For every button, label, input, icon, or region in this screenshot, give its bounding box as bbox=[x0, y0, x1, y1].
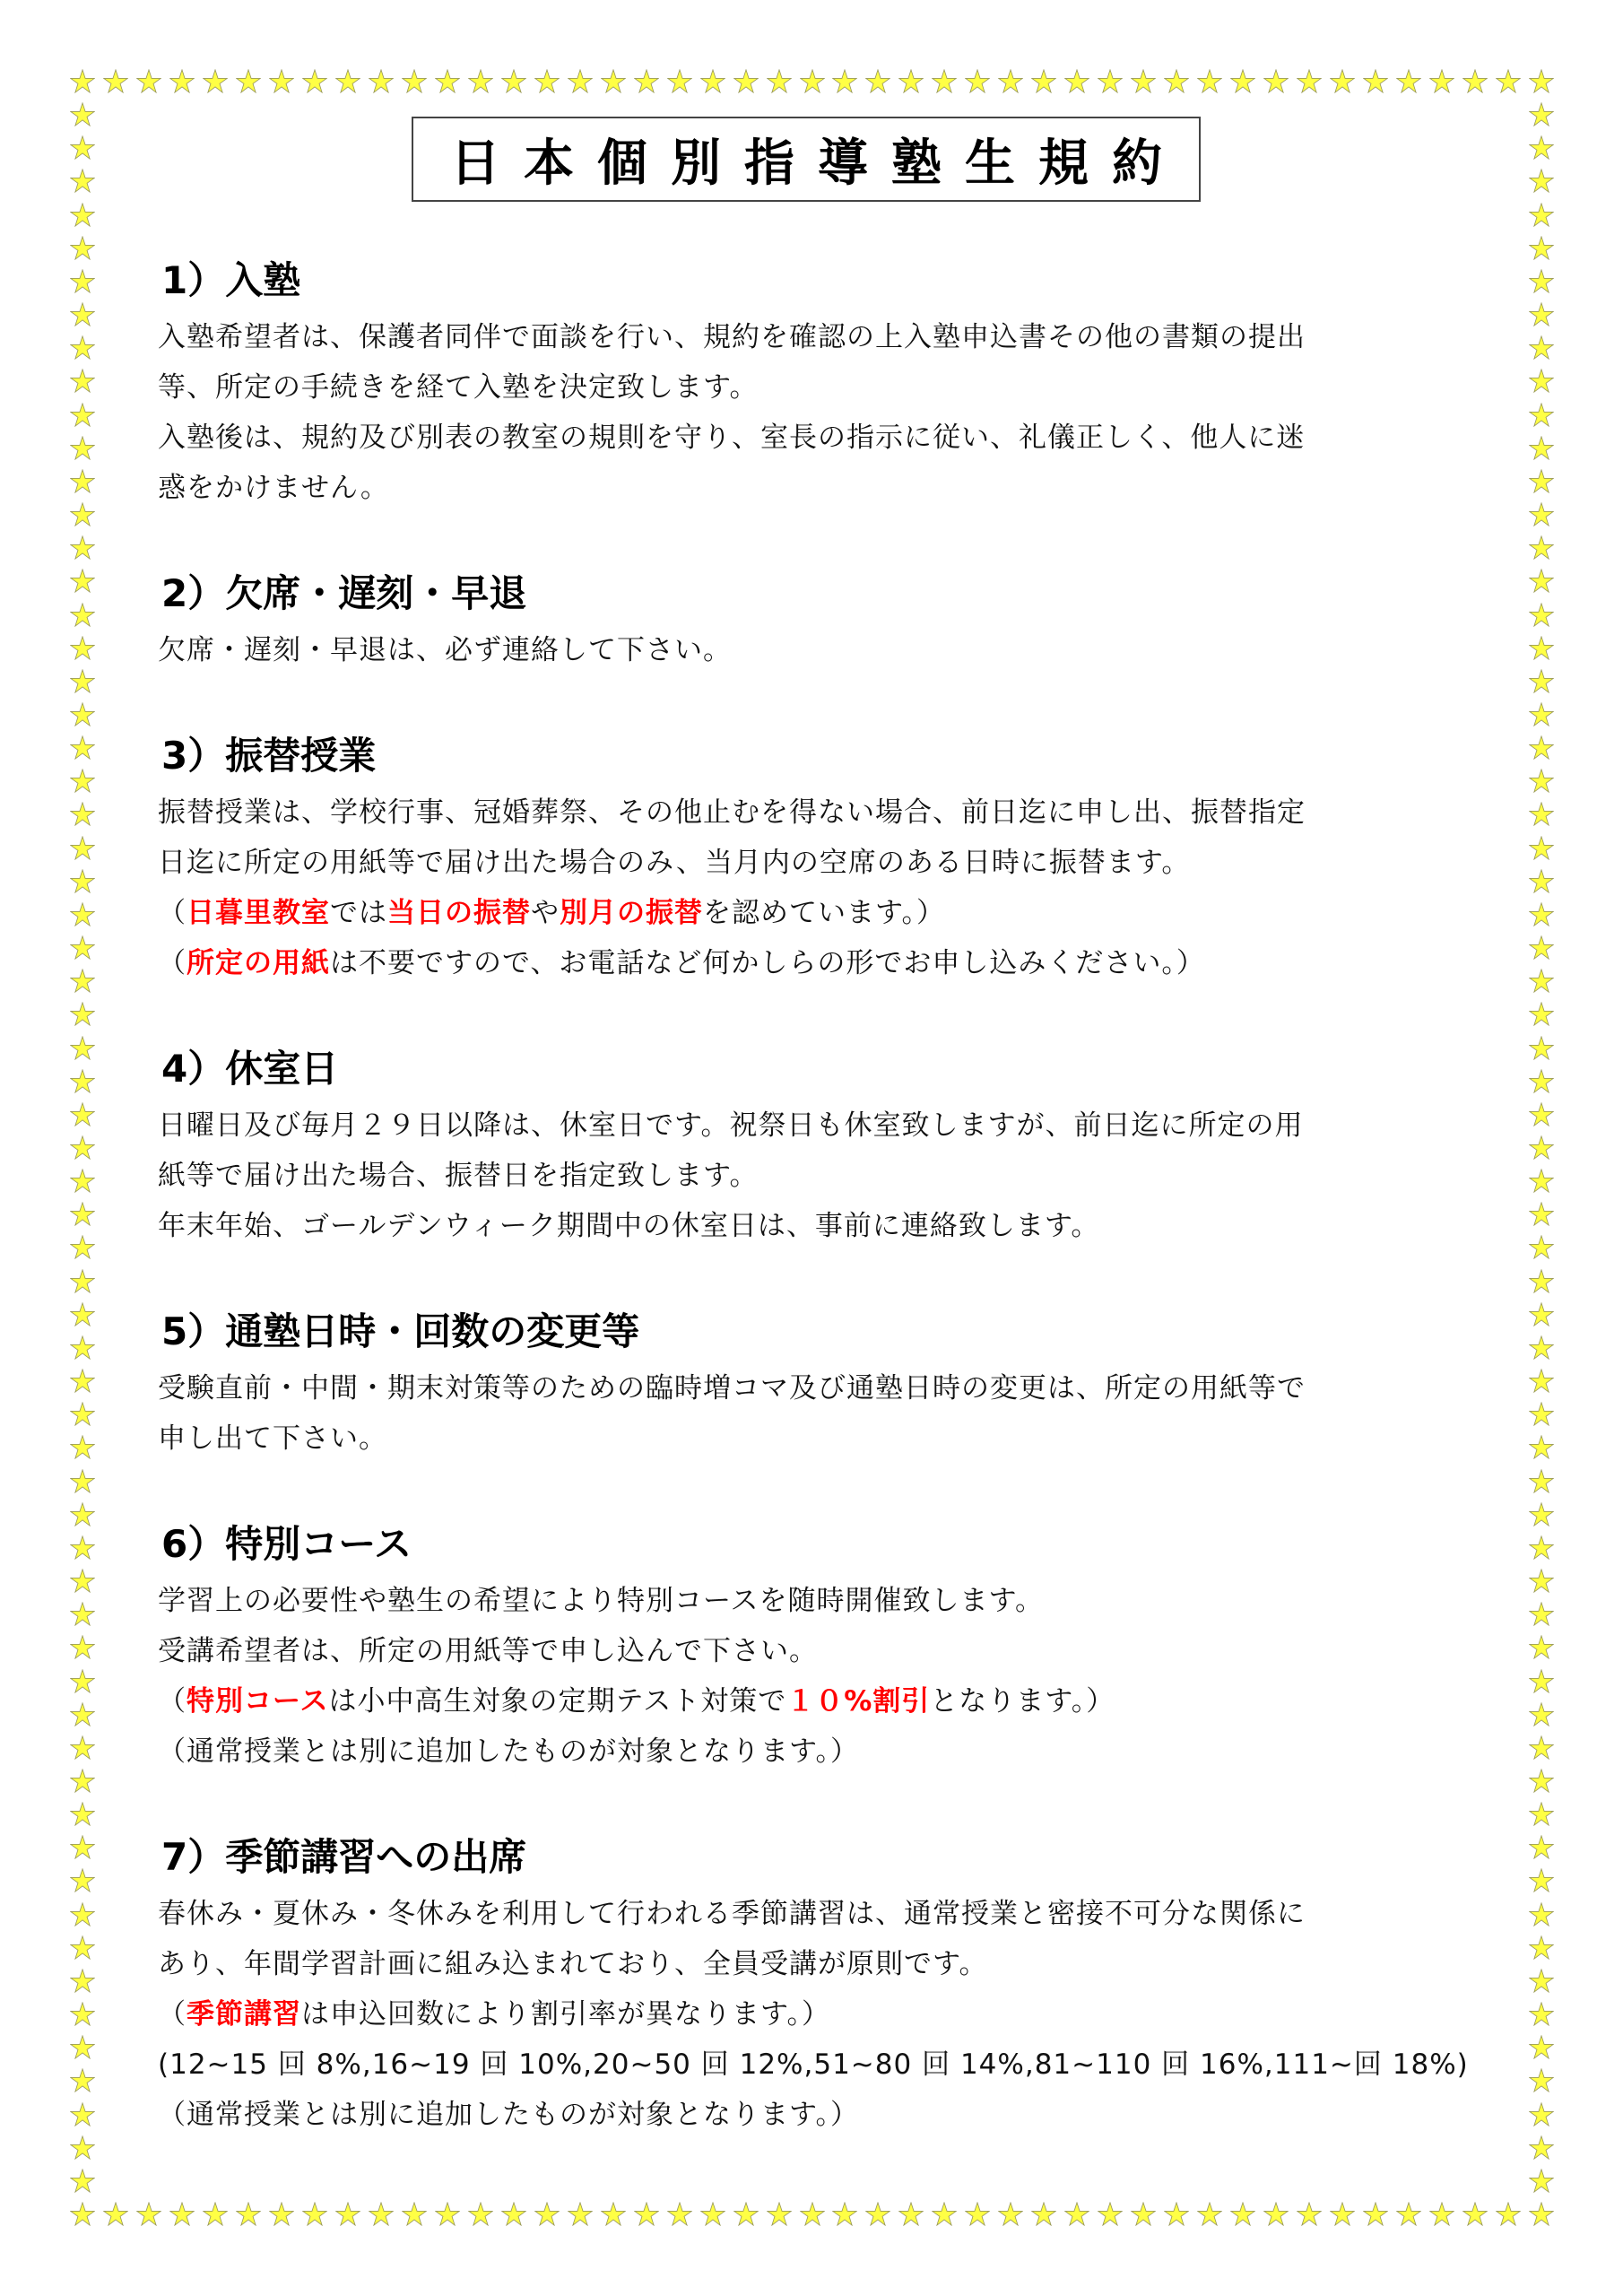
body-text: 申し出て下さい。 bbox=[158, 1422, 387, 1455]
star-icon bbox=[1230, 2202, 1255, 2226]
star-icon bbox=[1529, 1802, 1554, 1826]
body-text: （ bbox=[158, 1998, 187, 2031]
paragraph-line: 年末年始、ゴールデンウィーク期間中の休室日は、事前に連絡致します。 bbox=[158, 1201, 1485, 1251]
star-icon bbox=[203, 2202, 228, 2226]
star-icon bbox=[733, 69, 759, 93]
body-text: を認めています。） bbox=[703, 897, 945, 929]
body-text: （通常授業とは別に追加したものが対象となります。） bbox=[158, 1735, 859, 1768]
highlight-text: 別月の振替 bbox=[560, 897, 703, 929]
star-icon bbox=[1529, 636, 1554, 660]
section-heading: 3）振替授業 bbox=[161, 725, 1485, 787]
star-icon bbox=[369, 2202, 394, 2226]
section-7: 7）季節講習への出席春休み・夏休み・冬休みを利用して行われる季節講習は、通常授業… bbox=[158, 1826, 1485, 2140]
body-text: は不要ですので、お電話など何かしらの形でお申し込みください。） bbox=[330, 947, 1205, 979]
star-icon bbox=[1529, 1435, 1554, 1459]
star-icon bbox=[501, 2202, 526, 2226]
star-icon bbox=[898, 2202, 924, 2226]
star-icon bbox=[70, 1469, 95, 1493]
star-icon bbox=[634, 69, 659, 93]
star-icon bbox=[70, 535, 95, 560]
star-icon bbox=[70, 1269, 95, 1293]
paragraph-line: 紙等で届け出た場合、振替日を指定致します。 bbox=[158, 1151, 1485, 1201]
star-icon bbox=[70, 1069, 95, 1093]
star-icon bbox=[1529, 1902, 1554, 1926]
star-icon bbox=[667, 2202, 692, 2226]
star-icon bbox=[1529, 1135, 1554, 1160]
star-icon bbox=[70, 2002, 95, 2026]
star-icon bbox=[1197, 69, 1222, 93]
star-icon bbox=[800, 2202, 825, 2226]
star-icon bbox=[1330, 69, 1355, 93]
body-text: 等、所定の手続きを経て入塾を決定致します。 bbox=[158, 371, 759, 404]
body-text: では bbox=[330, 897, 387, 929]
star-icon bbox=[70, 1735, 95, 1760]
star-icon bbox=[1529, 169, 1554, 193]
star-icon bbox=[169, 2202, 195, 2226]
star-icon bbox=[335, 69, 360, 93]
paragraph-line: 等、所定の手続きを経て入塾を決定致します。 bbox=[158, 362, 1485, 413]
star-icon bbox=[534, 2202, 560, 2226]
star-icon bbox=[1031, 69, 1056, 93]
paragraph-line: （所定の用紙は不要ですので、お電話など何かしらの形でお申し込みください。） bbox=[158, 938, 1485, 988]
star-icon bbox=[1529, 1769, 1554, 1793]
section-heading: 5）通塾日時・回数の変更等 bbox=[161, 1300, 1485, 1363]
star-icon bbox=[998, 2202, 1023, 2226]
star-icon bbox=[1529, 902, 1554, 926]
body-text: は小中高生対象の定期テスト対策で bbox=[328, 1685, 786, 1718]
star-icon bbox=[70, 1235, 95, 1259]
star-icon bbox=[70, 502, 95, 526]
title-box: 日本個別指導塾生規約 bbox=[412, 117, 1201, 202]
star-icon bbox=[1529, 869, 1554, 893]
star-icon bbox=[70, 236, 95, 260]
star-icon bbox=[1529, 1569, 1554, 1593]
star-icon bbox=[70, 69, 95, 93]
star-icon bbox=[534, 69, 560, 93]
star-icon bbox=[1529, 2068, 1554, 2092]
star-icon bbox=[70, 2169, 95, 2193]
star-icon bbox=[965, 2202, 990, 2226]
star-icon bbox=[70, 2035, 95, 2059]
star-icon bbox=[1529, 1469, 1554, 1493]
star-icon bbox=[1263, 2202, 1289, 2226]
body-text: 学習上の必要性や塾生の希望により特別コースを随時開催致します。 bbox=[158, 1585, 1044, 1617]
section-6: 6）特別コース学習上の必要性や塾生の希望により特別コースを随時開催致します。受講… bbox=[158, 1513, 1485, 1777]
star-icon bbox=[70, 1835, 95, 1859]
star-icon bbox=[70, 1502, 95, 1526]
star-icon bbox=[70, 269, 95, 293]
star-icon bbox=[468, 2202, 493, 2226]
section-2: 2）欠席・遅刻・早退欠席・遅刻・早退は、必ず連絡して下さい。 bbox=[158, 562, 1485, 675]
body-text: 振替授業は、学校行事、冠婚葬祭、その他止むを得ない場合、前日迄に申し出、振替指定 bbox=[158, 796, 1306, 829]
star-icon bbox=[1529, 935, 1554, 960]
star-icon bbox=[70, 1036, 95, 1060]
star-icon bbox=[1529, 769, 1554, 793]
star-icon bbox=[70, 1702, 95, 1726]
body-text: 紙等で届け出た場合、振替日を指定致します。 bbox=[158, 1160, 759, 1192]
star-icon bbox=[1529, 1302, 1554, 1326]
star-icon bbox=[70, 2202, 95, 2226]
star-icon bbox=[1529, 836, 1554, 860]
star-icon bbox=[1529, 1335, 1554, 1360]
star-icon bbox=[369, 69, 394, 93]
star-icon bbox=[601, 2202, 626, 2226]
star-icon bbox=[1529, 1036, 1554, 1060]
section-heading: 6）特別コース bbox=[161, 1513, 1485, 1576]
star-icon bbox=[70, 1802, 95, 1826]
star-icon bbox=[1529, 2035, 1554, 2059]
star-icon bbox=[1496, 2202, 1521, 2226]
star-icon bbox=[70, 1169, 95, 1193]
star-icon bbox=[832, 69, 857, 93]
highlight-text: 所定の用紙 bbox=[187, 947, 330, 979]
star-icon bbox=[1529, 1069, 1554, 1093]
star-icon bbox=[1529, 1935, 1554, 1960]
star-icon bbox=[932, 69, 957, 93]
star-icon bbox=[1529, 436, 1554, 460]
star-icon bbox=[70, 2135, 95, 2160]
star-icon bbox=[1529, 1969, 1554, 1993]
star-icon bbox=[1529, 669, 1554, 693]
section-spacer bbox=[158, 675, 1485, 725]
star-icon bbox=[70, 335, 95, 360]
star-icon bbox=[70, 1602, 95, 1626]
star-icon bbox=[103, 69, 128, 93]
star-icon bbox=[169, 69, 195, 93]
star-icon bbox=[402, 69, 427, 93]
star-icon bbox=[70, 1868, 95, 1892]
star-icon bbox=[1529, 802, 1554, 826]
star-icon bbox=[70, 203, 95, 227]
star-icon bbox=[501, 69, 526, 93]
star-icon bbox=[1529, 1369, 1554, 1393]
star-icon bbox=[70, 436, 95, 460]
star-icon bbox=[1529, 969, 1554, 993]
star-icon bbox=[1164, 2202, 1189, 2226]
star-icon bbox=[1529, 1535, 1554, 1560]
star-icon bbox=[1529, 335, 1554, 360]
star-icon bbox=[1529, 603, 1554, 627]
body-text: (12~15 回 8%,16~19 回 10%,20~50 回 12%,51~8… bbox=[158, 2048, 1469, 2081]
body-text: 日迄に所定の用紙等で届け出た場合のみ、当月内の空席のある日時に振替ます。 bbox=[158, 847, 1190, 879]
star-icon bbox=[1462, 69, 1488, 93]
star-icon bbox=[70, 1902, 95, 1926]
paragraph-line: 春休み・夏休み・冬休みを利用して行われる季節講習は、通常授業と密接不可分な関係に bbox=[158, 1889, 1485, 1939]
star-icon bbox=[70, 1102, 95, 1126]
star-icon bbox=[70, 1302, 95, 1326]
body-text: 年末年始、ゴールデンウィーク期間中の休室日は、事前に連絡致します。 bbox=[158, 1210, 1099, 1242]
star-icon bbox=[700, 2202, 725, 2226]
star-icon bbox=[236, 2202, 261, 2226]
star-icon bbox=[269, 69, 294, 93]
star-icon bbox=[402, 2202, 427, 2226]
star-icon bbox=[269, 2202, 294, 2226]
star-icon bbox=[468, 69, 493, 93]
star-icon bbox=[800, 69, 825, 93]
section-4: 4）休室日日曜日及び毎月２９日以降は、休室日です。祝祭日も休室致しますが、前日迄… bbox=[158, 1038, 1485, 1251]
star-icon bbox=[832, 2202, 857, 2226]
star-icon bbox=[865, 69, 890, 93]
star-icon bbox=[70, 1935, 95, 1960]
body-text: 欠席・遅刻・早退は、必ず連絡して下さい。 bbox=[158, 634, 732, 666]
body-text: あり、年間学習計画に組み込まれており、全員受講が原則です。 bbox=[158, 1948, 988, 1980]
star-icon bbox=[1529, 1102, 1554, 1126]
star-icon bbox=[998, 69, 1023, 93]
star-icon bbox=[634, 2202, 659, 2226]
star-icon bbox=[1529, 236, 1554, 260]
star-icon bbox=[1297, 2202, 1322, 2226]
star-icon bbox=[1529, 135, 1554, 160]
star-icon bbox=[203, 69, 228, 93]
star-icon bbox=[70, 702, 95, 726]
section-heading: 2）欠席・遅刻・早退 bbox=[161, 562, 1485, 625]
star-icon bbox=[767, 69, 792, 93]
star-icon bbox=[1330, 2202, 1355, 2226]
body-text: （ bbox=[158, 1685, 187, 1718]
star-icon bbox=[435, 2202, 460, 2226]
star-icon bbox=[70, 935, 95, 960]
star-icon bbox=[70, 836, 95, 860]
star-icon bbox=[103, 2202, 128, 2226]
highlight-text: 季節講習 bbox=[187, 1998, 301, 2031]
star-icon bbox=[70, 2068, 95, 2092]
paragraph-line: 受講希望者は、所定の用紙等で申し込んで下さい。 bbox=[158, 1626, 1485, 1676]
star-icon bbox=[733, 2202, 759, 2226]
star-icon bbox=[1529, 1235, 1554, 1259]
paragraph-line: 惑をかけません。 bbox=[158, 463, 1485, 513]
star-icon bbox=[1529, 502, 1554, 526]
star-icon bbox=[70, 969, 95, 993]
star-icon bbox=[136, 2202, 161, 2226]
star-icon bbox=[70, 102, 95, 126]
star-icon bbox=[1529, 1702, 1554, 1726]
star-icon bbox=[1529, 702, 1554, 726]
star-icon bbox=[70, 1002, 95, 1026]
star-icon bbox=[1131, 2202, 1156, 2226]
paragraph-line: （日暮里教室では当日の振替や別月の振替を認めています。） bbox=[158, 888, 1485, 938]
star-icon bbox=[1363, 2202, 1388, 2226]
star-icon bbox=[70, 1669, 95, 1693]
star-icon bbox=[932, 2202, 957, 2226]
section-5: 5）通塾日時・回数の変更等受験直前・中間・期末対策等のための臨時増コマ及び通塾日… bbox=[158, 1300, 1485, 1464]
star-icon bbox=[700, 69, 725, 93]
body-text: 春休み・夏休み・冬休みを利用して行われる季節講習は、通常授業と密接不可分な関係に bbox=[158, 1898, 1306, 1930]
star-icon bbox=[1462, 2202, 1488, 2226]
star-icon bbox=[1529, 569, 1554, 593]
star-icon bbox=[1529, 1002, 1554, 1026]
paragraph-line: 日迄に所定の用紙等で届け出た場合のみ、当月内の空席のある日時に振替ます。 bbox=[158, 838, 1485, 888]
paragraph-line: （通常授業とは別に追加したものが対象となります。） bbox=[158, 1726, 1485, 1777]
star-icon bbox=[70, 135, 95, 160]
regulations-body: 1）入塾入塾希望者は、保護者同伴で面談を行い、規約を確認の上入塾申込書その他の書… bbox=[158, 249, 1485, 2140]
highlight-text: １０%割引 bbox=[786, 1685, 930, 1718]
star-icon bbox=[1064, 69, 1089, 93]
star-icon bbox=[70, 735, 95, 760]
star-icon bbox=[1529, 369, 1554, 393]
star-icon bbox=[1529, 535, 1554, 560]
section-heading: 4）休室日 bbox=[161, 1038, 1485, 1100]
star-icon bbox=[1363, 69, 1388, 93]
highlight-text: 日暮里教室 bbox=[187, 897, 330, 929]
paragraph-line: 入塾後は、規約及び別表の教室の規則を守り、室長の指示に従い、礼儀正しく、他人に迷 bbox=[158, 413, 1485, 463]
paragraph-line: 受験直前・中間・期末対策等のための臨時増コマ及び通塾日時の変更は、所定の用紙等で bbox=[158, 1363, 1485, 1413]
section-spacer bbox=[158, 1251, 1485, 1300]
star-icon bbox=[70, 2102, 95, 2126]
section-1: 1）入塾入塾希望者は、保護者同伴で面談を行い、規約を確認の上入塾申込書その他の書… bbox=[158, 249, 1485, 513]
star-icon bbox=[70, 669, 95, 693]
star-icon bbox=[302, 69, 327, 93]
star-icon bbox=[70, 869, 95, 893]
star-icon bbox=[70, 469, 95, 493]
star-icon bbox=[1197, 2202, 1222, 2226]
star-icon bbox=[70, 1569, 95, 1593]
paragraph-line: (12~15 回 8%,16~19 回 10%,20~50 回 12%,51~8… bbox=[158, 2039, 1485, 2090]
star-icon bbox=[1164, 69, 1189, 93]
star-icon bbox=[568, 2202, 593, 2226]
star-icon bbox=[70, 569, 95, 593]
star-icon bbox=[1529, 2002, 1554, 2026]
paragraph-line: （通常授業とは別に追加したものが対象となります。） bbox=[158, 2090, 1485, 2140]
star-icon bbox=[1529, 469, 1554, 493]
star-icon bbox=[1529, 2169, 1554, 2193]
body-text: は申込回数により割引率が異なります。） bbox=[301, 1998, 830, 2031]
star-icon bbox=[1529, 1635, 1554, 1659]
star-icon bbox=[1529, 1502, 1554, 1526]
star-icon bbox=[1429, 2202, 1454, 2226]
star-icon bbox=[1529, 2102, 1554, 2126]
paragraph-line: あり、年間学習計画に組み込まれており、全員受講が原則です。 bbox=[158, 1939, 1485, 1989]
star-icon bbox=[70, 769, 95, 793]
star-icon bbox=[236, 69, 261, 93]
star-icon bbox=[1529, 269, 1554, 293]
star-icon bbox=[70, 302, 95, 326]
star-icon bbox=[1529, 1835, 1554, 1859]
paragraph-line: （季節講習は申込回数により割引率が異なります。） bbox=[158, 1989, 1485, 2039]
star-icon bbox=[1031, 2202, 1056, 2226]
star-icon bbox=[70, 1535, 95, 1560]
section-heading: 7）季節講習への出席 bbox=[161, 1826, 1485, 1889]
star-icon bbox=[1529, 102, 1554, 126]
star-icon bbox=[1297, 69, 1322, 93]
section-spacer bbox=[158, 1464, 1485, 1513]
star-icon bbox=[70, 1135, 95, 1160]
star-icon bbox=[1263, 69, 1289, 93]
star-icon bbox=[1529, 1402, 1554, 1426]
highlight-text: 特別コース bbox=[187, 1685, 328, 1718]
star-icon bbox=[1529, 302, 1554, 326]
star-icon bbox=[70, 1335, 95, 1360]
section-spacer bbox=[158, 1777, 1485, 1826]
body-text: 入塾後は、規約及び別表の教室の規則を守り、室長の指示に従い、礼儀正しく、他人に迷 bbox=[158, 422, 1305, 454]
paragraph-line: 振替授業は、学校行事、冠婚葬祭、その他止むを得ない場合、前日迄に申し出、振替指定 bbox=[158, 787, 1485, 838]
star-icon bbox=[70, 1769, 95, 1793]
star-icon bbox=[70, 1402, 95, 1426]
body-text: や bbox=[531, 897, 560, 929]
star-icon bbox=[1529, 1669, 1554, 1693]
paragraph-line: 日曜日及び毎月２９日以降は、休室日です。祝祭日も休室致しますが、前日迄に所定の用 bbox=[158, 1100, 1485, 1151]
section-heading: 1）入塾 bbox=[161, 249, 1485, 312]
paragraph-line: 入塾希望者は、保護者同伴で面談を行い、規約を確認の上入塾申込書その他の書類の提出 bbox=[158, 312, 1485, 362]
body-text: 日曜日及び毎月２９日以降は、休室日です。祝祭日も休室致しますが、前日迄に所定の用 bbox=[158, 1109, 1304, 1142]
body-text: 惑をかけません。 bbox=[158, 472, 389, 504]
body-text: （ bbox=[158, 947, 187, 979]
star-icon bbox=[1529, 1735, 1554, 1760]
body-text: となります。） bbox=[930, 1685, 1115, 1718]
highlight-text: 当日の振替 bbox=[387, 897, 531, 929]
star-icon bbox=[1529, 735, 1554, 760]
paragraph-line: （特別コースは小中高生対象の定期テスト対策で１０%割引となります。） bbox=[158, 1676, 1485, 1726]
star-icon bbox=[1529, 1868, 1554, 1892]
star-icon bbox=[898, 69, 924, 93]
page-title: 日本個別指導塾生規約 bbox=[450, 124, 1185, 196]
body-text: （ bbox=[158, 897, 187, 929]
star-icon bbox=[335, 2202, 360, 2226]
star-icon bbox=[136, 69, 161, 93]
section-spacer bbox=[158, 988, 1485, 1038]
paragraph-line: 学習上の必要性や塾生の希望により特別コースを随時開催致します。 bbox=[158, 1576, 1485, 1626]
star-icon bbox=[1396, 69, 1421, 93]
star-icon bbox=[70, 169, 95, 193]
star-icon bbox=[568, 69, 593, 93]
star-icon bbox=[435, 69, 460, 93]
star-icon bbox=[1230, 69, 1255, 93]
star-icon bbox=[70, 902, 95, 926]
star-icon bbox=[70, 603, 95, 627]
star-icon bbox=[1064, 2202, 1089, 2226]
star-icon bbox=[1098, 69, 1123, 93]
paragraph-line: 欠席・遅刻・早退は、必ず連絡して下さい。 bbox=[158, 625, 1485, 675]
star-icon bbox=[1131, 69, 1156, 93]
body-text: 受験直前・中間・期末対策等のための臨時増コマ及び通塾日時の変更は、所定の用紙等で bbox=[158, 1372, 1306, 1405]
star-icon bbox=[302, 2202, 327, 2226]
star-icon bbox=[1496, 69, 1521, 93]
star-icon bbox=[1529, 1602, 1554, 1626]
star-icon bbox=[70, 1202, 95, 1226]
star-icon bbox=[1529, 403, 1554, 427]
star-icon bbox=[1529, 203, 1554, 227]
star-icon bbox=[70, 802, 95, 826]
star-icon bbox=[965, 69, 990, 93]
star-icon bbox=[1529, 1269, 1554, 1293]
body-text: 入塾希望者は、保護者同伴で面談を行い、規約を確認の上入塾申込書その他の書類の提出 bbox=[158, 321, 1306, 353]
star-icon bbox=[601, 69, 626, 93]
star-icon bbox=[70, 1969, 95, 1993]
star-icon bbox=[1098, 2202, 1123, 2226]
star-icon bbox=[70, 1435, 95, 1459]
body-text: 受講希望者は、所定の用紙等で申し込んで下さい。 bbox=[158, 1635, 818, 1667]
star-icon bbox=[1529, 2202, 1554, 2226]
star-icon bbox=[1429, 69, 1454, 93]
star-icon bbox=[667, 69, 692, 93]
star-icon bbox=[70, 636, 95, 660]
section-spacer bbox=[158, 513, 1485, 562]
star-icon bbox=[70, 1369, 95, 1393]
star-icon bbox=[1529, 1202, 1554, 1226]
body-text: （通常授業とは別に追加したものが対象となります。） bbox=[158, 2099, 859, 2131]
star-icon bbox=[767, 2202, 792, 2226]
star-icon bbox=[1529, 69, 1554, 93]
star-icon bbox=[865, 2202, 890, 2226]
paragraph-line: 申し出て下さい。 bbox=[158, 1413, 1485, 1464]
star-icon bbox=[70, 1635, 95, 1659]
section-3: 3）振替授業振替授業は、学校行事、冠婚葬祭、その他止むを得ない場合、前日迄に申し… bbox=[158, 725, 1485, 988]
star-icon bbox=[70, 403, 95, 427]
star-icon bbox=[1529, 2135, 1554, 2160]
star-icon bbox=[1529, 1169, 1554, 1193]
star-icon bbox=[1396, 2202, 1421, 2226]
star-icon bbox=[70, 369, 95, 393]
